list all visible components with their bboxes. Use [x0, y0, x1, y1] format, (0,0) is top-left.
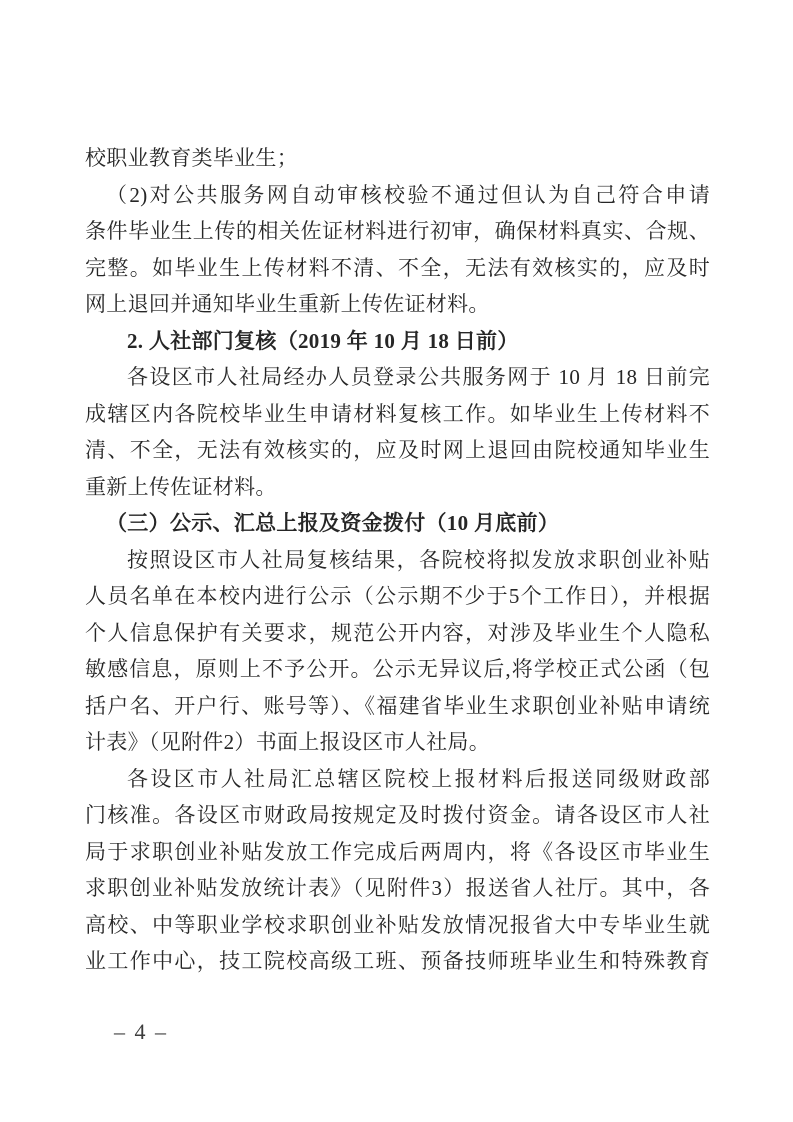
- body-line: 计表》（见附件2）书面上报设区市人社局。: [85, 724, 710, 761]
- body-line: 求职创业补贴发放统计表》（见附件3）报送省人社厅。其中，各: [85, 870, 710, 907]
- document-page: 校职业教育类毕业生； （2)对公共服务网自动审核校验不通过但认为自己符合申请 条…: [0, 0, 793, 1122]
- body-line: 门核准。各设区市财政局按规定及时拨付资金。请各设区市人社: [85, 797, 710, 834]
- body-line: 成辖区内各院校毕业生申请材料复核工作。如毕业生上传材料不: [85, 396, 710, 433]
- body-line: 清、不全，无法有效核实的，应及时网上退回由院校通知毕业生: [85, 432, 710, 469]
- body-line: 人员名单在本校内进行公示（公示期不少于5个工作日），并根据: [85, 578, 710, 615]
- body-line: 重新上传佐证材料。: [85, 469, 710, 506]
- body-line: 敏感信息，原则上不予公开。公示无异议后,将学校正式公函（包: [85, 651, 710, 688]
- page-number: – 4 –: [114, 1018, 710, 1046]
- body-line: 按照设区市人社局复核结果，各院校将拟发放求职创业补贴: [85, 542, 710, 579]
- body-line: 业工作中心，技工院校高级工班、预备技师班毕业生和特殊教育: [85, 943, 710, 980]
- body-line: 各设区市人社局汇总辖区院校上报材料后报送同级财政部: [85, 761, 710, 798]
- body-line: 各设区市人社局经办人员登录公共服务网于 10 月 18 日前完: [85, 359, 710, 396]
- document-body: 校职业教育类毕业生； （2)对公共服务网自动审核校验不通过但认为自己符合申请 条…: [85, 140, 710, 980]
- body-line: 括户名、开户行、账号等）、《福建省毕业生求职创业补贴申请统: [85, 688, 710, 725]
- body-line: 条件毕业生上传的相关佐证材料进行初审，确保材料真实、合规、: [85, 213, 710, 250]
- body-line: （2)对公共服务网自动审核校验不通过但认为自己符合申请: [85, 177, 710, 214]
- body-line: 个人信息保护有关要求，规范公开内容，对涉及毕业生个人隐私: [85, 615, 710, 652]
- body-line: 完整。如毕业生上传材料不清、不全，无法有效核实的，应及时: [85, 250, 710, 287]
- section-heading: （三）公示、汇总上报及资金拨付（10 月底前）: [85, 505, 710, 542]
- body-line: 高校、中等职业学校求职创业补贴发放情况报省大中专毕业生就: [85, 907, 710, 944]
- body-line: 网上退回并通知毕业生重新上传佐证材料。: [85, 286, 710, 323]
- body-line: 局于求职创业补贴发放工作完成后两周内，将《各设区市毕业生: [85, 834, 710, 871]
- section-heading: 2. 人社部门复核（2019 年 10 月 18 日前）: [85, 323, 710, 360]
- body-line: 校职业教育类毕业生；: [85, 140, 710, 177]
